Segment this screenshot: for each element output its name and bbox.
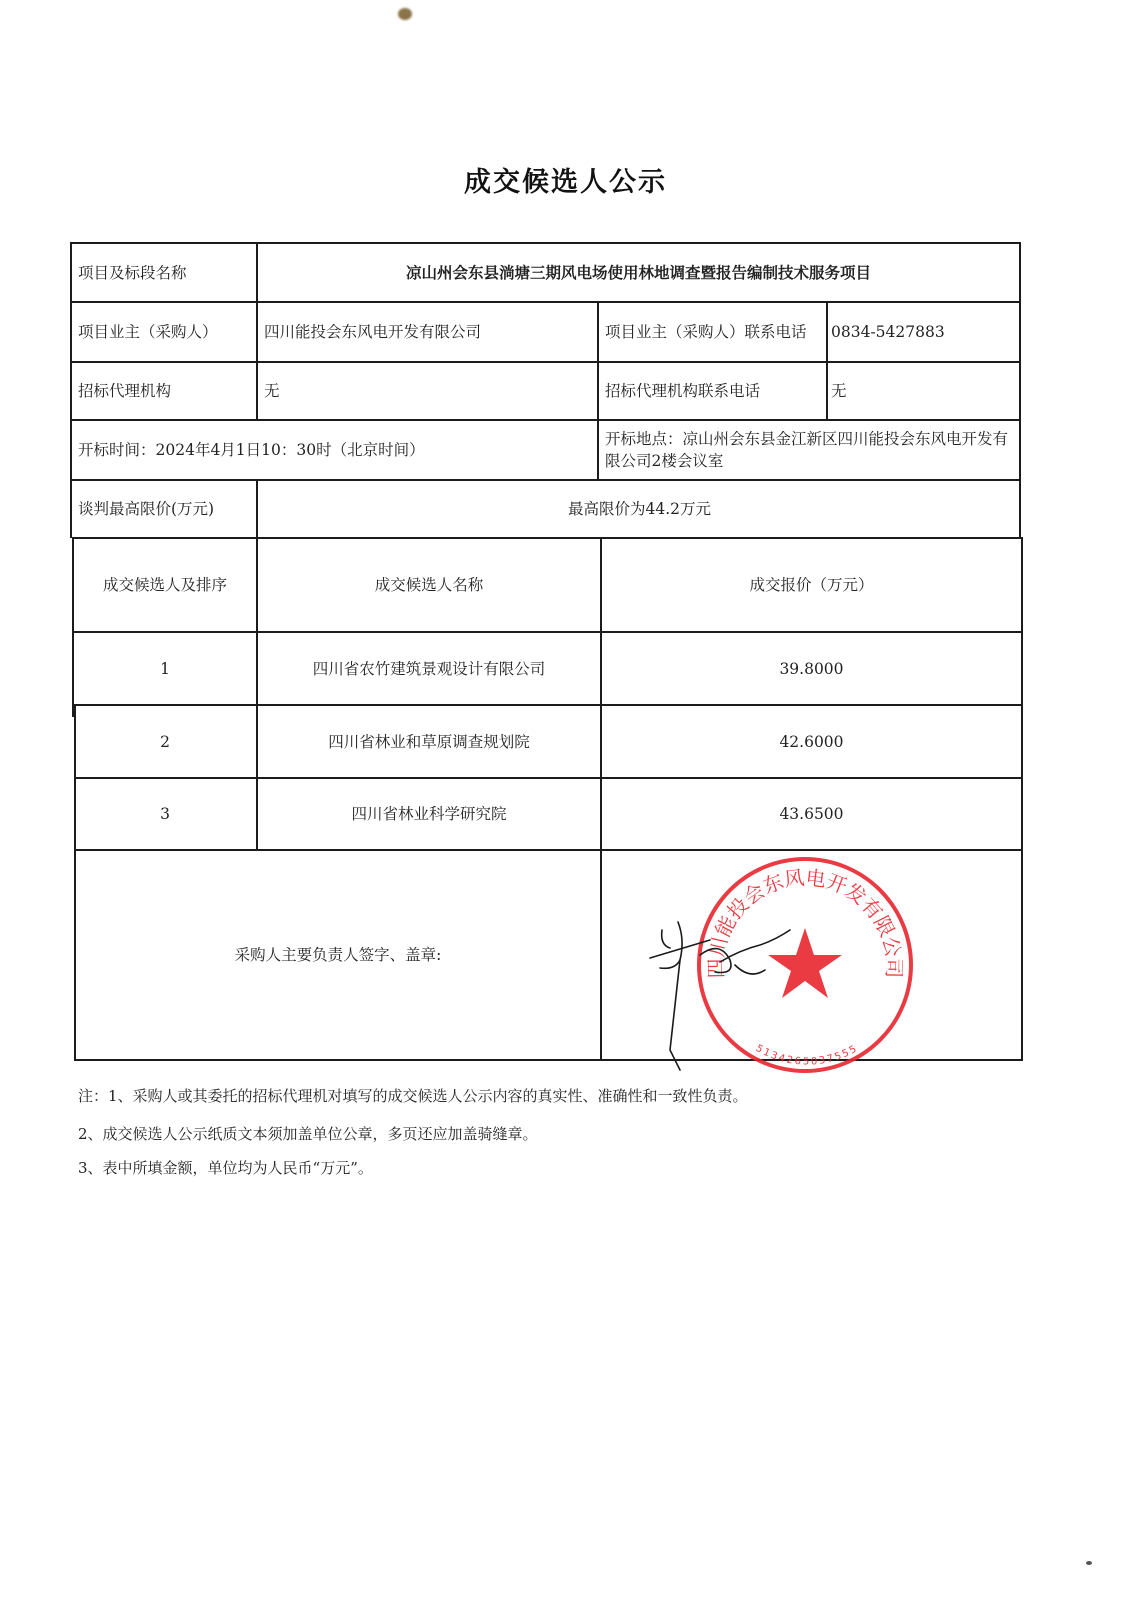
candidate-name: 四川省林业科学研究院 <box>258 779 600 849</box>
project-name-label: 项目及标段名称 <box>72 244 256 301</box>
note-3: 3、表中所填金额，单位均为人民币“万元”。 <box>78 1157 373 1178</box>
agency-label: 招标代理机构 <box>72 363 256 419</box>
scan-speck <box>1086 1561 1092 1565</box>
candidate-name: 四川省农竹建筑景观设计有限公司 <box>258 633 600 704</box>
project-name-value: 凉山州会东县淌塘三期风电场使用林地调查暨报告编制技术服务项目 <box>258 244 1019 301</box>
note-2: 2、成交候选人公示纸质文本须加盖单位公章，多页还应加盖骑缝章。 <box>78 1123 538 1144</box>
handwritten-signature-icon <box>640 900 800 1080</box>
candidate-price: 39.8000 <box>602 633 1021 704</box>
candidate-rank: 2 <box>74 706 256 777</box>
scan-speck <box>398 8 412 20</box>
header-name: 成交候选人名称 <box>258 539 600 631</box>
page-title: 成交候选人公示 <box>0 160 1131 199</box>
signature-label: 采购人主要负责人签字、盖章: <box>76 851 600 1059</box>
max-price-value: 最高限价为44.2万元 <box>258 481 1021 537</box>
owner-phone-value: 0834-5427883 <box>828 303 1019 361</box>
opening-time: 开标时间：2024年4月1日10：30时（北京时间） <box>72 421 597 479</box>
candidate-rank: 3 <box>74 779 256 849</box>
max-price-label: 谈判最高限价(万元) <box>72 481 256 537</box>
header-price: 成交报价（万元） <box>602 539 1021 631</box>
candidate-rank: 1 <box>74 633 256 704</box>
note-1: 注：1、采购人或其委托的招标代理机对填写的成交候选人公示内容的真实性、准确性和一… <box>78 1085 748 1106</box>
owner-value: 四川能投会东风电开发有限公司 <box>258 303 597 361</box>
candidate-name: 四川省林业和草原调查规划院 <box>258 706 600 777</box>
agency-phone-label: 招标代理机构联系电话 <box>599 363 826 419</box>
agency-value: 无 <box>258 363 597 419</box>
candidate-price: 42.6000 <box>602 706 1021 777</box>
table-rule <box>1021 537 1023 1061</box>
owner-phone-label: 项目业主（采购人）联系电话 <box>599 303 826 361</box>
owner-label: 项目业主（采购人） <box>72 303 256 361</box>
candidate-price: 43.6500 <box>602 779 1021 849</box>
opening-place: 开标地点：凉山州会东县金江新区四川能投会东风电开发有限公司2楼会议室 <box>599 421 1019 479</box>
header-rank: 成交候选人及排序 <box>74 539 256 631</box>
agency-phone-value: 无 <box>828 363 1019 419</box>
